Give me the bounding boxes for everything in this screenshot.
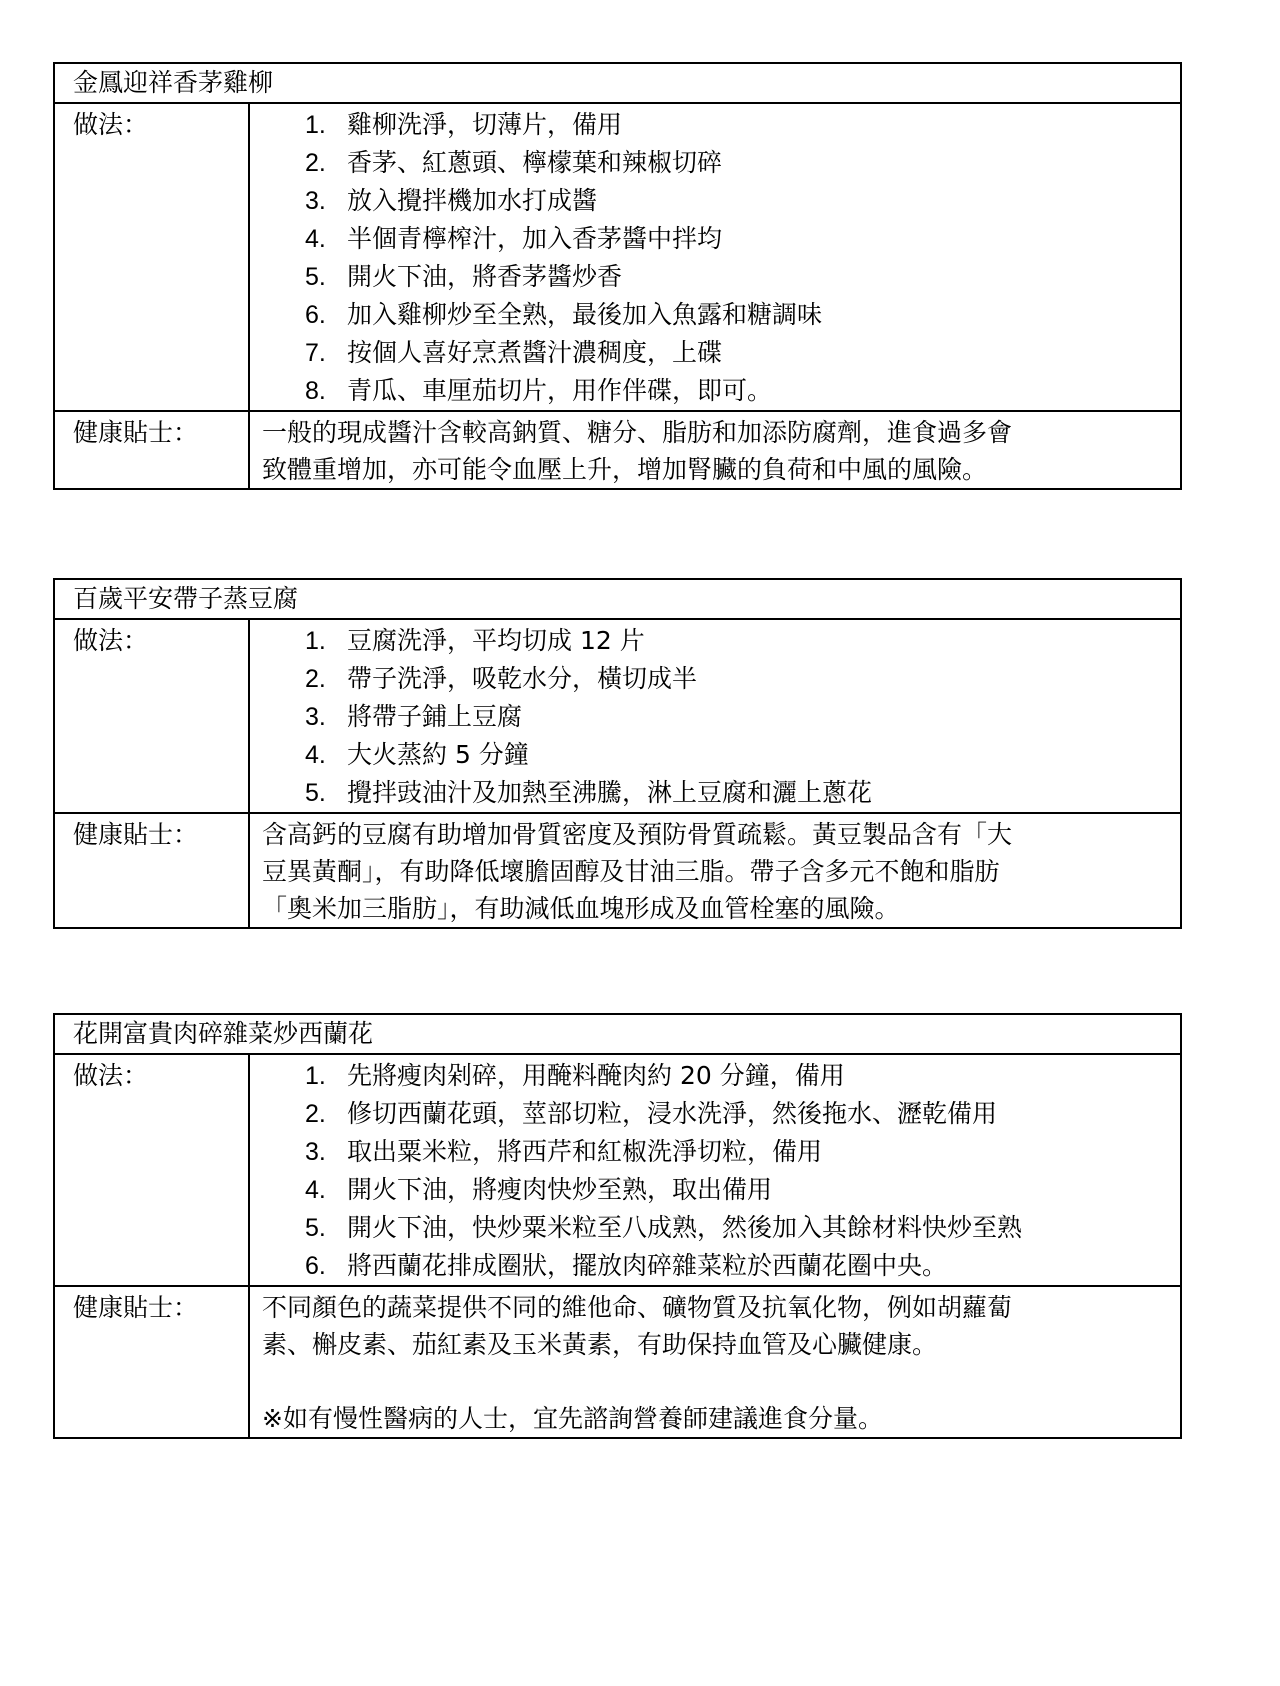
step-item: 4.大火蒸約 5 分鐘 [305, 736, 1180, 774]
step-text: 開火下油，將香茅醬炒香 [347, 262, 622, 291]
recipe-title: 花開富貴肉碎雜菜炒西蘭花 [55, 1015, 1180, 1055]
step-text: 豆腐洗淨，平均切成 12 片 [347, 626, 645, 655]
step-number: 1. [305, 1057, 347, 1095]
step-number: 5. [305, 258, 347, 296]
health-tip-line: 豆異黃酮」，有助降低壞膽固醇及甘油三脂。帶子含多元不飽和脂肪 [262, 853, 1168, 890]
recipe-title: 金鳳迎祥香茅雞柳 [55, 64, 1180, 104]
step-text: 將西蘭花排成圈狀，擺放肉碎雜菜粒於西蘭花圈中央。 [347, 1251, 947, 1280]
recipe-table-3: 花開富貴肉碎雜菜炒西蘭花 做法： 1.先將瘦肉剁碎，用醃料醃肉約 20 分鐘，備… [53, 1013, 1182, 1439]
step-item: 3.將帶子鋪上豆腐 [305, 698, 1180, 736]
method-content: 1.先將瘦肉剁碎，用醃料醃肉約 20 分鐘，備用 2.修切西蘭花頭，莖部切粒，浸… [250, 1055, 1180, 1285]
step-item: 2.帶子洗淨，吸乾水分，橫切成半 [305, 660, 1180, 698]
step-text: 開火下油，快炒粟米粒至八成熟，然後加入其餘材料快炒至熟 [347, 1213, 1022, 1242]
step-item: 7.按個人喜好烹煮醬汁濃稠度，上碟 [305, 334, 1180, 372]
step-number: 2. [305, 1095, 347, 1133]
advisory-note: ※如有慢性醫病的人士，宜先諮詢營養師建議進食分量。 [262, 1400, 1168, 1437]
step-number: 1. [305, 622, 347, 660]
recipe-title: 百歲平安帶子蒸豆腐 [55, 580, 1180, 620]
step-text: 半個青檸榨汁，加入香茅醬中拌均 [347, 224, 722, 253]
health-tip-line: 含高鈣的豆腐有助增加骨質密度及預防骨質疏鬆。黃豆製品含有「大 [262, 816, 1168, 853]
step-item: 5.攪拌豉油汁及加熱至沸騰，淋上豆腐和灑上蔥花 [305, 774, 1180, 812]
step-text: 開火下油，將瘦肉快炒至熟，取出備用 [347, 1175, 772, 1204]
health-tip-line: 素、槲皮素、茄紅素及玉米黃素，有助保持血管及心臟健康。 [262, 1326, 1168, 1363]
step-text: 放入攪拌機加水打成醬 [347, 186, 597, 215]
health-tip-label: 健康貼士： [55, 1287, 250, 1437]
health-tip-row: 健康貼士： 一般的現成醬汁含較高鈉質、糖分、脂肪和加添防腐劑，進食過多會 致體重… [55, 410, 1180, 488]
step-item: 8.青瓜、車厘茄切片，用作伴碟，即可。 [305, 372, 1180, 410]
step-number: 3. [305, 1133, 347, 1171]
recipe-table-2: 百歲平安帶子蒸豆腐 做法： 1.豆腐洗淨，平均切成 12 片 2.帶子洗淨，吸乾… [53, 578, 1182, 929]
step-number: 6. [305, 296, 347, 334]
step-item: 6.將西蘭花排成圈狀，擺放肉碎雜菜粒於西蘭花圈中央。 [305, 1247, 1180, 1285]
step-number: 6. [305, 1247, 347, 1285]
health-tip-line: 不同顏色的蔬菜提供不同的維他命、礦物質及抗氧化物，例如胡蘿蔔 [262, 1289, 1168, 1326]
step-item: 2.香茅、紅蔥頭、檸檬葉和辣椒切碎 [305, 144, 1180, 182]
recipe-table-1: 金鳳迎祥香茅雞柳 做法： 1.雞柳洗淨，切薄片，備用 2.香茅、紅蔥頭、檸檬葉和… [53, 62, 1182, 490]
step-number: 8. [305, 372, 347, 410]
step-item: 5.開火下油，將香茅醬炒香 [305, 258, 1180, 296]
step-item: 4.開火下油，將瘦肉快炒至熟，取出備用 [305, 1171, 1180, 1209]
step-item: 1.豆腐洗淨，平均切成 12 片 [305, 622, 1180, 660]
step-item: 4.半個青檸榨汁，加入香茅醬中拌均 [305, 220, 1180, 258]
step-item: 6.加入雞柳炒至全熟，最後加入魚露和糖調味 [305, 296, 1180, 334]
step-number: 4. [305, 220, 347, 258]
health-tip-row: 健康貼士： 含高鈣的豆腐有助增加骨質密度及預防骨質疏鬆。黃豆製品含有「大 豆異黃… [55, 812, 1180, 927]
step-text: 大火蒸約 5 分鐘 [347, 740, 529, 769]
health-tip-label: 健康貼士： [55, 412, 250, 488]
step-item: 1.雞柳洗淨，切薄片，備用 [305, 106, 1180, 144]
health-tip-content: 不同顏色的蔬菜提供不同的維他命、礦物質及抗氧化物，例如胡蘿蔔 素、槲皮素、茄紅素… [250, 1287, 1180, 1437]
step-number: 4. [305, 1171, 347, 1209]
health-tip-line: 「奧米加三脂肪」，有助減低血塊形成及血管栓塞的風險。 [262, 890, 1168, 927]
step-text: 將帶子鋪上豆腐 [347, 702, 522, 731]
step-number: 1. [305, 106, 347, 144]
step-text: 攪拌豉油汁及加熱至沸騰，淋上豆腐和灑上蔥花 [347, 778, 872, 807]
health-tip-content: 一般的現成醬汁含較高鈉質、糖分、脂肪和加添防腐劑，進食過多會 致體重增加，亦可能… [250, 412, 1180, 488]
step-item: 3.放入攪拌機加水打成醬 [305, 182, 1180, 220]
step-number: 3. [305, 698, 347, 736]
method-content: 1.豆腐洗淨，平均切成 12 片 2.帶子洗淨，吸乾水分，橫切成半 3.將帶子鋪… [250, 620, 1180, 812]
step-text: 香茅、紅蔥頭、檸檬葉和辣椒切碎 [347, 148, 722, 177]
step-number: 2. [305, 660, 347, 698]
step-list: 1.豆腐洗淨，平均切成 12 片 2.帶子洗淨，吸乾水分，橫切成半 3.將帶子鋪… [250, 622, 1180, 812]
step-text: 雞柳洗淨，切薄片，備用 [347, 110, 622, 139]
step-item: 5.開火下油，快炒粟米粒至八成熟，然後加入其餘材料快炒至熟 [305, 1209, 1180, 1247]
method-row: 做法： 1.雞柳洗淨，切薄片，備用 2.香茅、紅蔥頭、檸檬葉和辣椒切碎 3.放入… [55, 104, 1180, 410]
step-text: 修切西蘭花頭，莖部切粒，浸水洗淨，然後拖水、瀝乾備用 [347, 1099, 997, 1128]
step-number: 7. [305, 334, 347, 372]
step-item: 2.修切西蘭花頭，莖部切粒，浸水洗淨，然後拖水、瀝乾備用 [305, 1095, 1180, 1133]
method-row: 做法： 1.先將瘦肉剁碎，用醃料醃肉約 20 分鐘，備用 2.修切西蘭花頭，莖部… [55, 1055, 1180, 1285]
step-text: 帶子洗淨，吸乾水分，橫切成半 [347, 664, 697, 693]
method-label: 做法： [55, 1055, 250, 1285]
health-tip-content: 含高鈣的豆腐有助增加骨質密度及預防骨質疏鬆。黃豆製品含有「大 豆異黃酮」，有助降… [250, 814, 1180, 927]
step-text: 加入雞柳炒至全熟，最後加入魚露和糖調味 [347, 300, 822, 329]
method-label: 做法： [55, 104, 250, 410]
step-text: 先將瘦肉剁碎，用醃料醃肉約 20 分鐘，備用 [347, 1061, 845, 1090]
step-item: 3.取出粟米粒，將西芹和紅椒洗淨切粒，備用 [305, 1133, 1180, 1171]
step-text: 青瓜、車厘茄切片，用作伴碟，即可。 [347, 376, 772, 405]
step-number: 2. [305, 144, 347, 182]
step-item: 1.先將瘦肉剁碎，用醃料醃肉約 20 分鐘，備用 [305, 1057, 1180, 1095]
step-number: 5. [305, 1209, 347, 1247]
step-text: 取出粟米粒，將西芹和紅椒洗淨切粒，備用 [347, 1137, 822, 1166]
health-tip-label: 健康貼士： [55, 814, 250, 927]
step-number: 3. [305, 182, 347, 220]
step-text: 按個人喜好烹煮醬汁濃稠度，上碟 [347, 338, 722, 367]
spacer [262, 1363, 1168, 1400]
method-label: 做法： [55, 620, 250, 812]
health-tip-line: 致體重增加，亦可能令血壓上升，增加腎臟的負荷和中風的風險。 [262, 451, 1168, 488]
step-list: 1.雞柳洗淨，切薄片，備用 2.香茅、紅蔥頭、檸檬葉和辣椒切碎 3.放入攪拌機加… [250, 106, 1180, 410]
health-tip-line: 一般的現成醬汁含較高鈉質、糖分、脂肪和加添防腐劑，進食過多會 [262, 414, 1168, 451]
health-tip-row: 健康貼士： 不同顏色的蔬菜提供不同的維他命、礦物質及抗氧化物，例如胡蘿蔔 素、槲… [55, 1285, 1180, 1437]
step-list: 1.先將瘦肉剁碎，用醃料醃肉約 20 分鐘，備用 2.修切西蘭花頭，莖部切粒，浸… [250, 1057, 1180, 1285]
method-content: 1.雞柳洗淨，切薄片，備用 2.香茅、紅蔥頭、檸檬葉和辣椒切碎 3.放入攪拌機加… [250, 104, 1180, 410]
method-row: 做法： 1.豆腐洗淨，平均切成 12 片 2.帶子洗淨，吸乾水分，橫切成半 3.… [55, 620, 1180, 812]
step-number: 5. [305, 774, 347, 812]
step-number: 4. [305, 736, 347, 774]
